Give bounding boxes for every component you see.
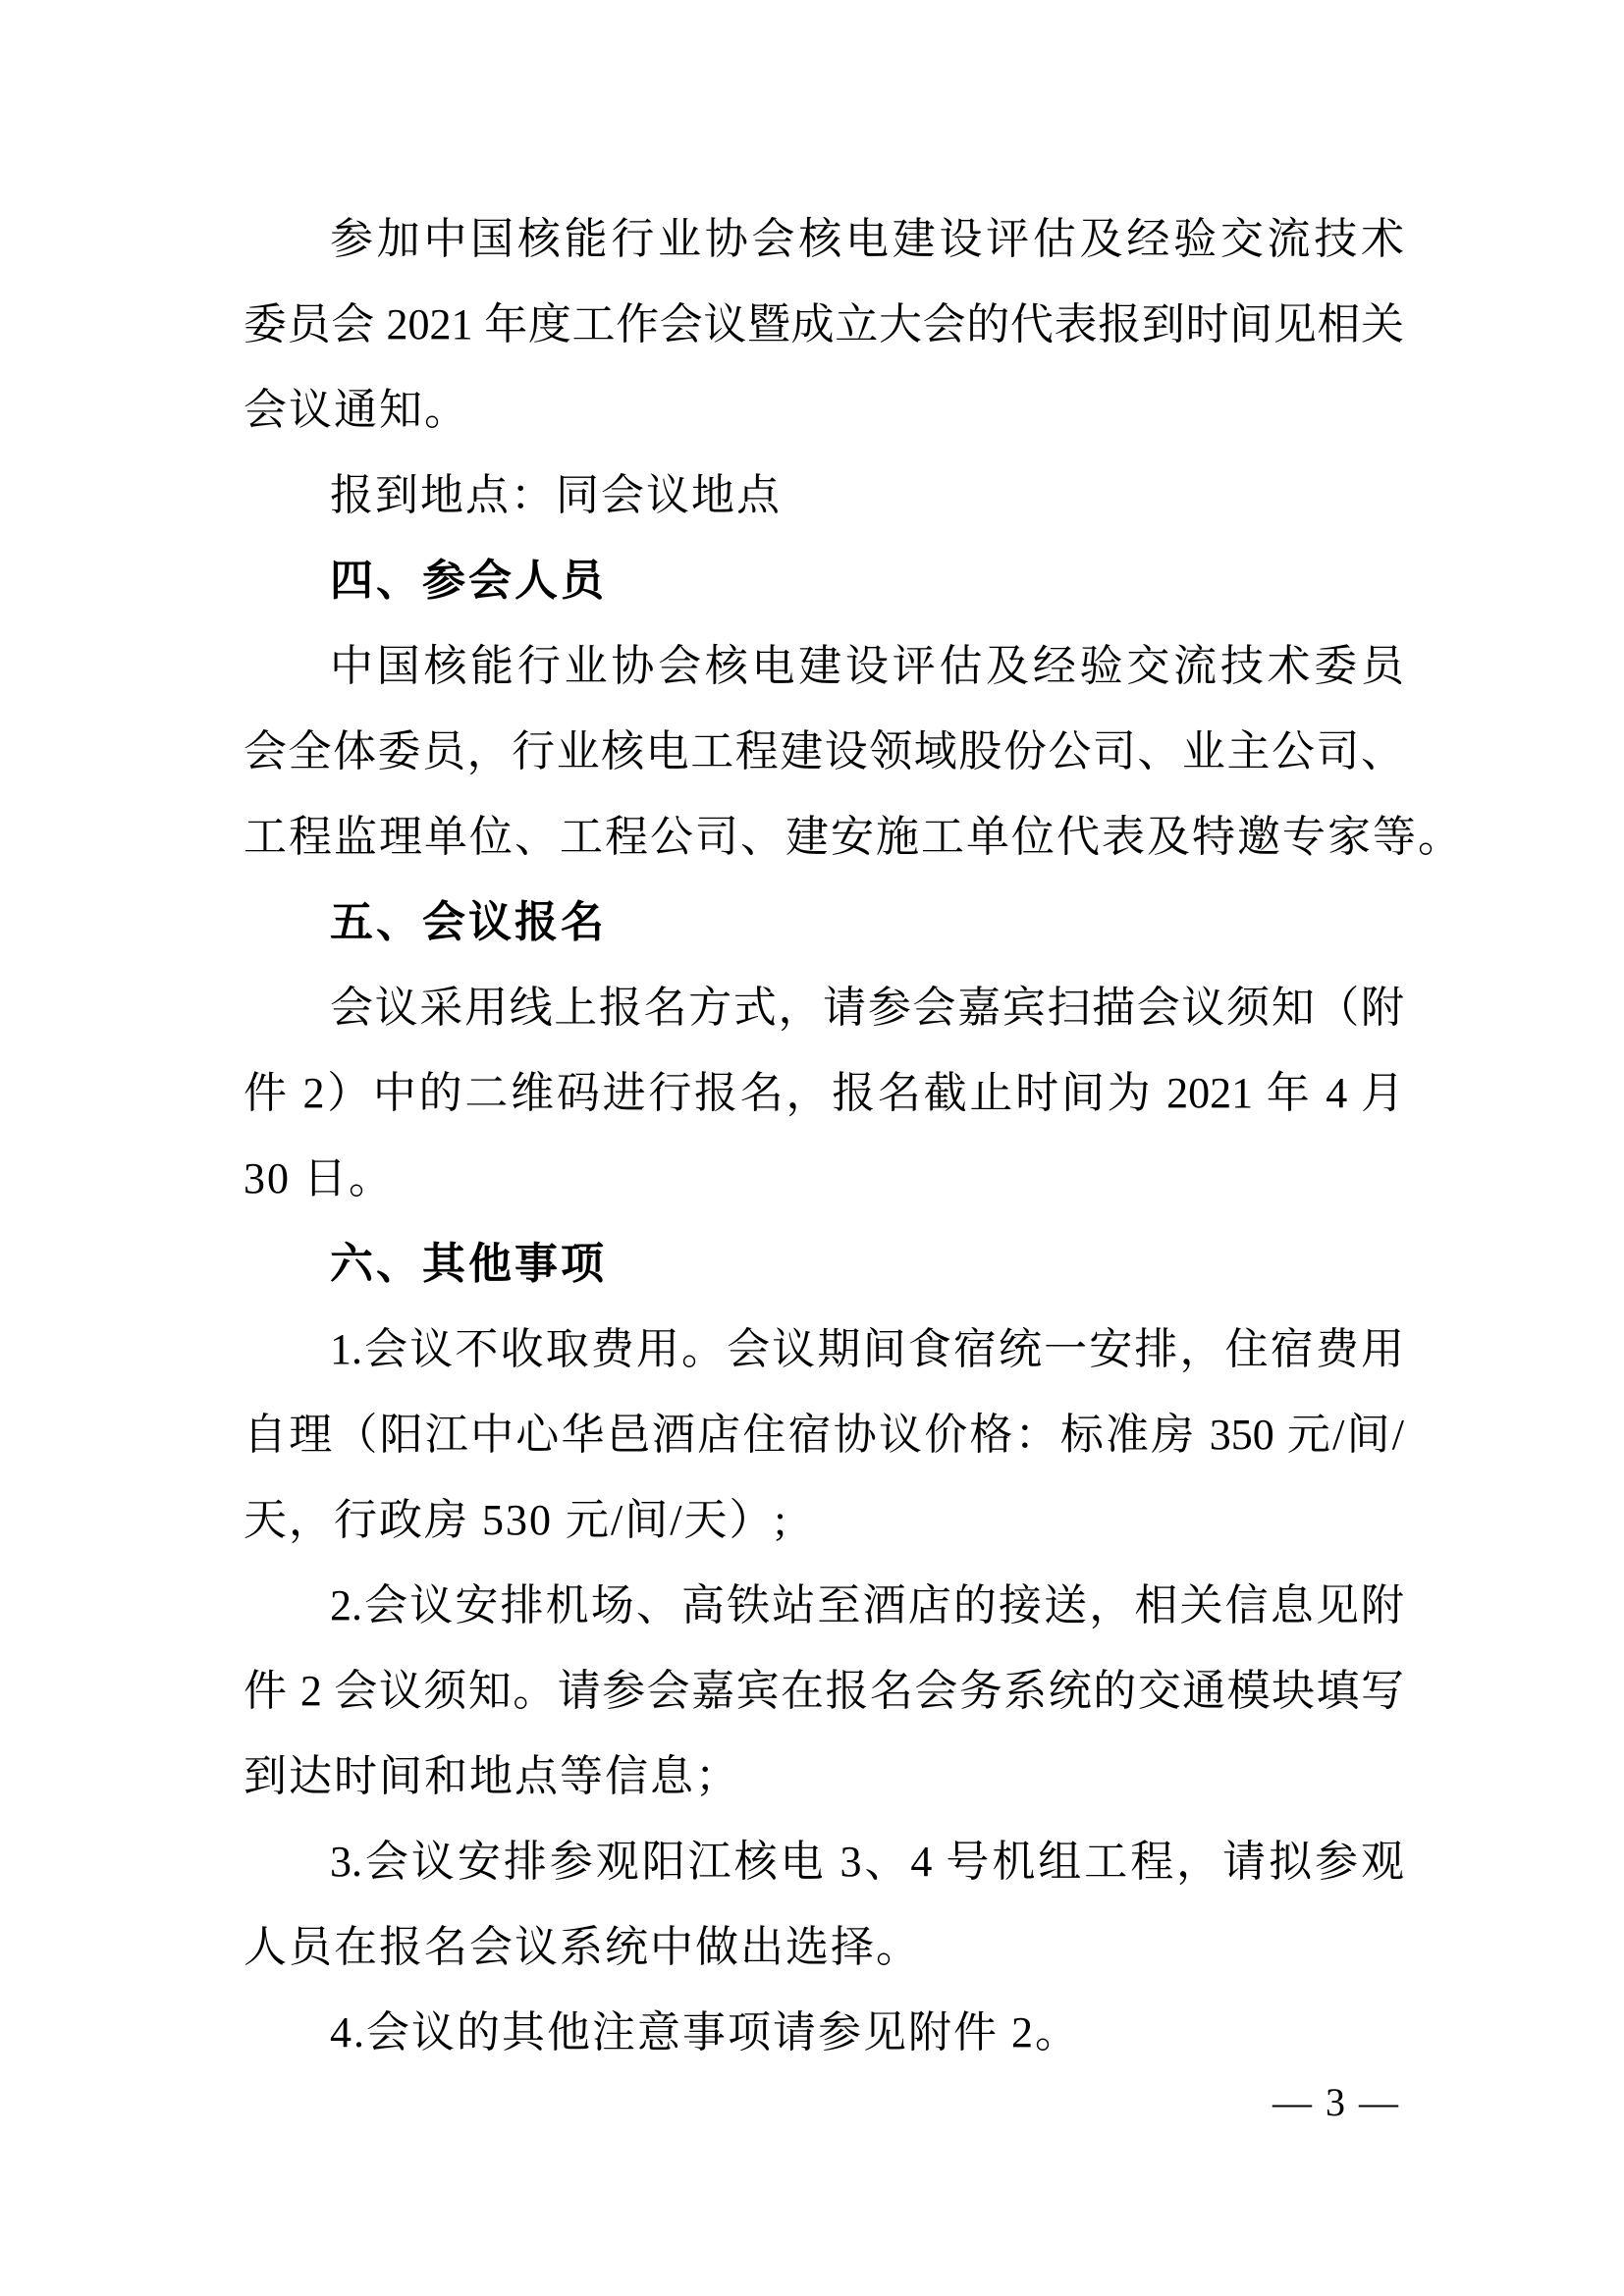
text-line: 1.会议不收取费用。会议期间食宿统一安排，住宿费用: [244, 1307, 1404, 1392]
text-line: 30 日。: [244, 1136, 1404, 1221]
text-line: 会议通知。: [244, 367, 1404, 453]
section-heading: 五、会议报名: [244, 880, 1404, 965]
paragraph: 中国核能行业协会核电建设评估及经验交流技术委员会全体委员，行业核电工程建设领域股…: [244, 623, 1404, 880]
text-line: 会议采用线上报名方式，请参会嘉宾扫描会议须知（附: [244, 965, 1404, 1050]
text-line: 委员会 2021 年度工作会议暨成立大会的代表报到时间见相关: [244, 282, 1404, 367]
paragraph: 4.会议的其他注意事项请参见附件 2。: [244, 1990, 1404, 2075]
text-line: 天，行政房 530 元/间/天）;: [244, 1477, 1404, 1563]
text-line: 4.会议的其他注意事项请参见附件 2。: [244, 1990, 1404, 2075]
document-page: 参加中国核能行业协会核电建设评估及经验交流技术委员会 2021 年度工作会议暨成…: [0, 0, 1624, 2296]
paragraph: 参加中国核能行业协会核电建设评估及经验交流技术委员会 2021 年度工作会议暨成…: [244, 196, 1404, 453]
text-line: 会全体委员，行业核电工程建设领域股份公司、业主公司、: [244, 709, 1404, 794]
text-line: 中国核能行业协会核电建设评估及经验交流技术委员: [244, 623, 1404, 709]
text-line: 件 2）中的二维码进行报名，报名截止时间为 2021 年 4 月: [244, 1050, 1404, 1136]
section-heading: 四、参会人员: [244, 538, 1404, 623]
text-line: 六、其他事项: [244, 1221, 1404, 1307]
paragraph: 3.会议安排参观阳江核电 3、4 号机组工程，请拟参观人员在报名会议系统中做出选…: [244, 1819, 1404, 1990]
paragraph: 2.会议安排机场、高铁站至酒店的接送，相关信息见附件 2 会议须知。请参会嘉宾在…: [244, 1563, 1404, 1819]
document-body: 参加中国核能行业协会核电建设评估及经验交流技术委员会 2021 年度工作会议暨成…: [244, 196, 1404, 2075]
text-line: 人员在报名会议系统中做出选择。: [244, 1904, 1404, 1990]
text-line: 自理（阳江中心华邑酒店住宿协议价格：标准房 350 元/间/: [244, 1392, 1404, 1477]
text-line: 2.会议安排机场、高铁站至酒店的接送，相关信息见附: [244, 1563, 1404, 1648]
text-line: 五、会议报名: [244, 880, 1404, 965]
text-line: 3.会议安排参观阳江核电 3、4 号机组工程，请拟参观: [244, 1819, 1404, 1904]
text-line: 参加中国核能行业协会核电建设评估及经验交流技术: [244, 196, 1404, 282]
text-line: 到达时间和地点等信息；: [244, 1734, 1404, 1819]
paragraph: 报到地点：同会议地点: [244, 453, 1404, 538]
text-line: 报到地点：同会议地点: [244, 453, 1404, 538]
paragraph: 1.会议不收取费用。会议期间食宿统一安排，住宿费用自理（阳江中心华邑酒店住宿协议…: [244, 1307, 1404, 1563]
page-number: — 3 —: [1272, 2079, 1400, 2126]
paragraph: 会议采用线上报名方式，请参会嘉宾扫描会议须知（附件 2）中的二维码进行报名，报名…: [244, 965, 1404, 1221]
text-line: 四、参会人员: [244, 538, 1404, 623]
text-line: 件 2 会议须知。请参会嘉宾在报名会务系统的交通模块填写: [244, 1648, 1404, 1734]
text-line: 工程监理单位、工程公司、建安施工单位代表及特邀专家等。: [244, 794, 1404, 880]
section-heading: 六、其他事项: [244, 1221, 1404, 1307]
